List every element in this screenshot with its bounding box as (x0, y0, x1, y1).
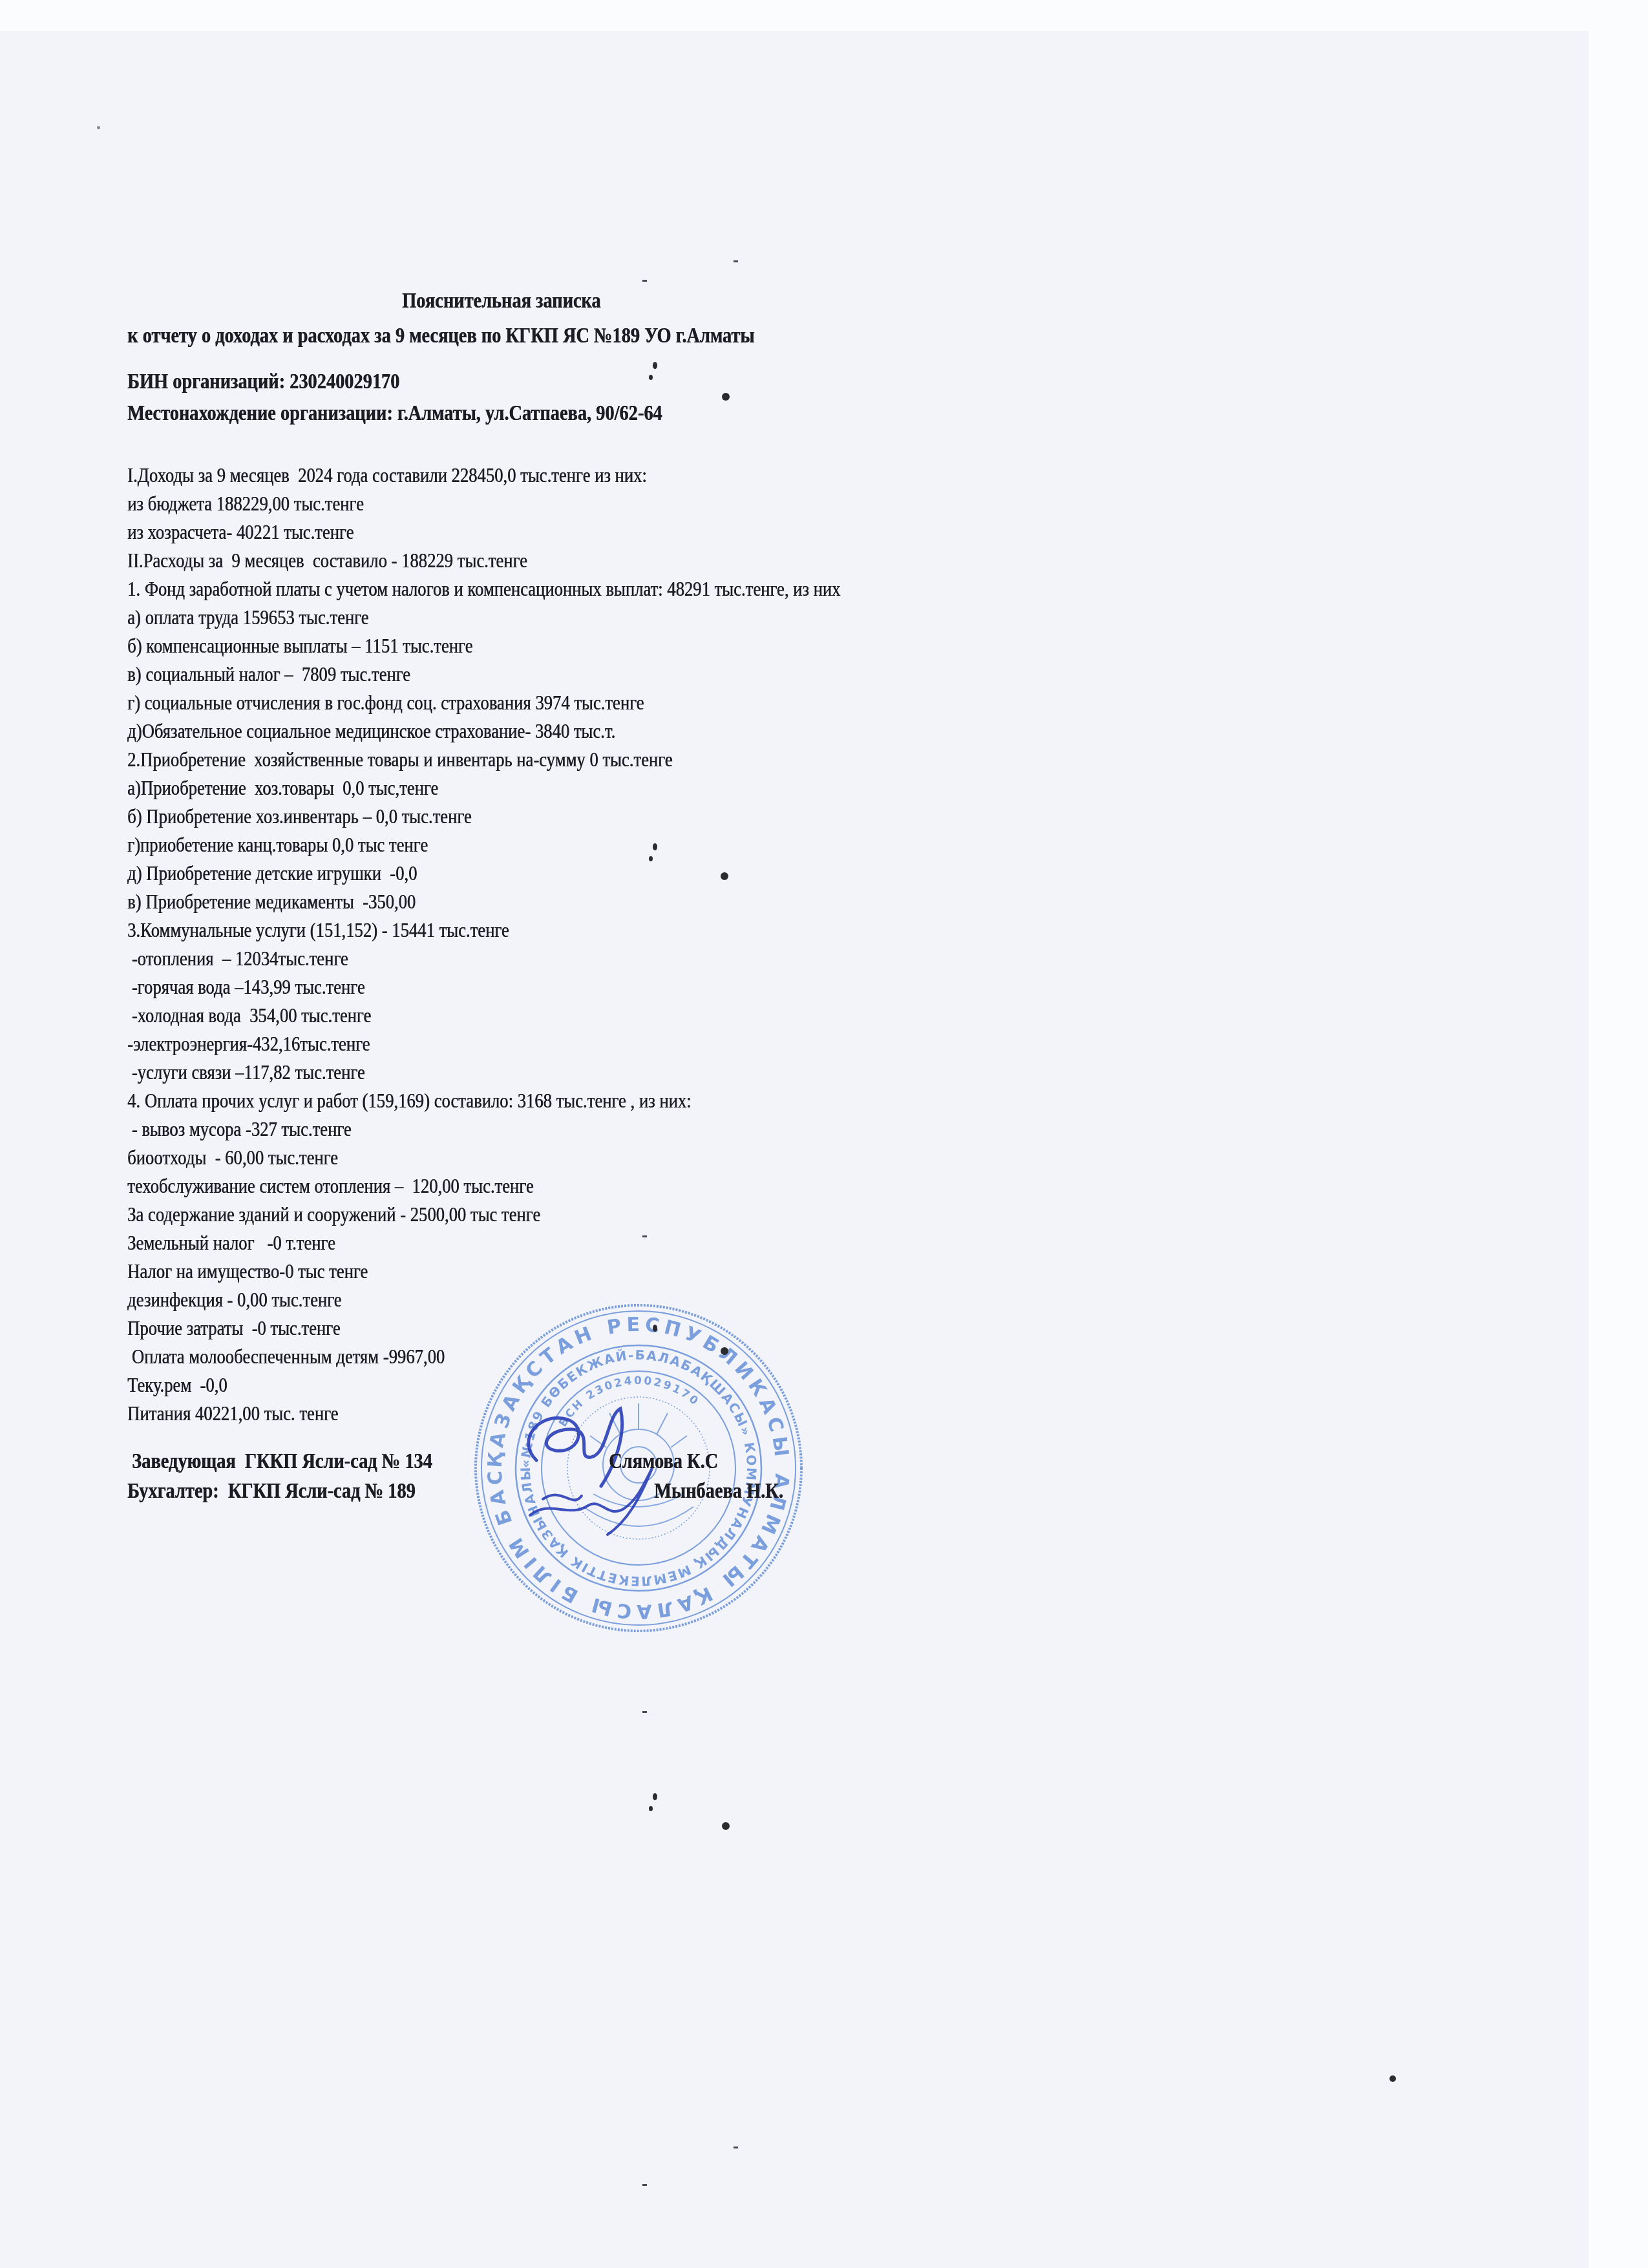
social-tax-line: в) социальный налог – 7809 тыс.тенге (127, 663, 410, 686)
accountant-role: Бухгалтер: КГКП Ясли-сад № 189 (127, 1480, 416, 1503)
other-services-line: 4. Оплата прочих услуг и работ (159,169)… (127, 1089, 691, 1113)
land-tax-line: Земельный налог -0 т.тенге (127, 1232, 335, 1255)
scan-speck (653, 362, 657, 369)
hot-water-line: -горячая вода –143,99 тыс.тенге (127, 976, 364, 999)
accountant-name: Мынбаева Н.К. (654, 1480, 783, 1503)
bin-line: БИН организаций: 230240029170 (127, 370, 399, 394)
stationery-line: г)приобетение канц.товары 0,0 тыс тенге (127, 834, 428, 857)
other-costs-line: Прочие затраты -0 тыс.тенге (127, 1317, 341, 1340)
property-tax-line: Налог на имущество-0 тыс тенге (127, 1260, 368, 1283)
medical-insurance-line: д)Обязательное социальное медицинское ст… (127, 720, 615, 743)
head-role: Заведующая ГККП Ясли-сад № 134 (127, 1450, 432, 1473)
income-selffunded-line: из хозрасчета- 40221 тыс.тенге (127, 521, 354, 544)
scan-dash (734, 2147, 738, 2148)
payroll-fund-line: 1. Фонд заработной платы с учетом налого… (127, 578, 840, 601)
electricity-line: -электроэнергия-432,16тыс.тенге (127, 1033, 370, 1056)
scan-speck (649, 375, 653, 380)
expenses-total-line: II.Расходы за 9 месяцев составило - 1882… (127, 549, 527, 572)
scan-speck (1389, 2075, 1396, 2082)
heating-maintenance-line: техобслуживание систем отопления – 120,0… (127, 1175, 534, 1198)
scan-speck (722, 393, 730, 401)
scan-speck (97, 126, 100, 129)
payroll-compensation-line: б) компенсационные выплаты – 1151 тыс.те… (127, 635, 472, 658)
scan-dash (642, 1711, 647, 1713)
cold-water-line: -холодная вода 354,00 тыс.тенге (127, 1004, 371, 1027)
low-income-children-line: Оплата молообеспеченным детям -9967,00 (127, 1345, 445, 1369)
scan-speck (653, 1793, 657, 1800)
scan-speck (649, 1806, 653, 1811)
head-name: Слямова К.С (609, 1450, 718, 1473)
social-contributions-line: г) социальные отчисления в гос.фонд соц.… (127, 691, 644, 715)
location-line: Местонахождение организации: г.Алматы, у… (127, 402, 662, 425)
scan-speck (653, 843, 657, 850)
communication-line: -услуги связи –117,82 тыс.тенге (127, 1061, 365, 1084)
goods-inventory-line: 2.Приобретение хозяйственные товары и ин… (127, 748, 672, 772)
toys-line: д) Приобретение детские игрушки -0,0 (127, 862, 417, 885)
scan-speck (721, 872, 728, 880)
utilities-line: 3.Коммунальные услуги (151,152) - 15441 … (127, 919, 509, 942)
current-repair-line: Теку.рем -0,0 (127, 1374, 227, 1397)
building-maintenance-line: За содержание зданий и сооружений - 2500… (127, 1203, 540, 1226)
scan-speck (653, 1325, 657, 1332)
heating-line: -отопления – 12034тыс.тенге (127, 947, 348, 971)
scan-speck (721, 1347, 728, 1355)
document-title: Пояснительная записка (402, 289, 600, 313)
scan-dash (734, 260, 738, 262)
meals-line: Питания 40221,00 тыс. тенге (127, 1402, 338, 1425)
income-budget-line: из бюджета 188229,00 тыс.тенге (127, 492, 364, 516)
scan-dash (642, 2184, 647, 2186)
household-goods-line: а)Приобретение хоз.товары 0,0 тыс,тенге (127, 777, 438, 800)
scan-dash (642, 1235, 647, 1237)
disinfection-line: дезинфекция - 0,00 тыс.тенге (127, 1288, 341, 1312)
scan-speck (722, 1822, 730, 1830)
garbage-removal-line: - вывоз мусора -327 тыс.тенге (127, 1118, 352, 1141)
medicines-line: в) Приобретение медикаменты -350,00 (127, 890, 416, 914)
scan-dash (642, 280, 647, 282)
document-subtitle: к отчету о доходах и расходах за 9 месяц… (127, 324, 754, 348)
payroll-wages-line: а) оплата труда 159653 тыс.тенге (127, 606, 368, 629)
scan-speck (649, 856, 653, 861)
household-inventory-line: б) Приобретение хоз.инвентарь – 0,0 тыс.… (127, 805, 472, 828)
biowaste-line: биоотходы - 60,00 тыс.тенге (127, 1146, 338, 1170)
income-total-line: I.Доходы за 9 месяцев 2024 года составил… (127, 464, 647, 487)
